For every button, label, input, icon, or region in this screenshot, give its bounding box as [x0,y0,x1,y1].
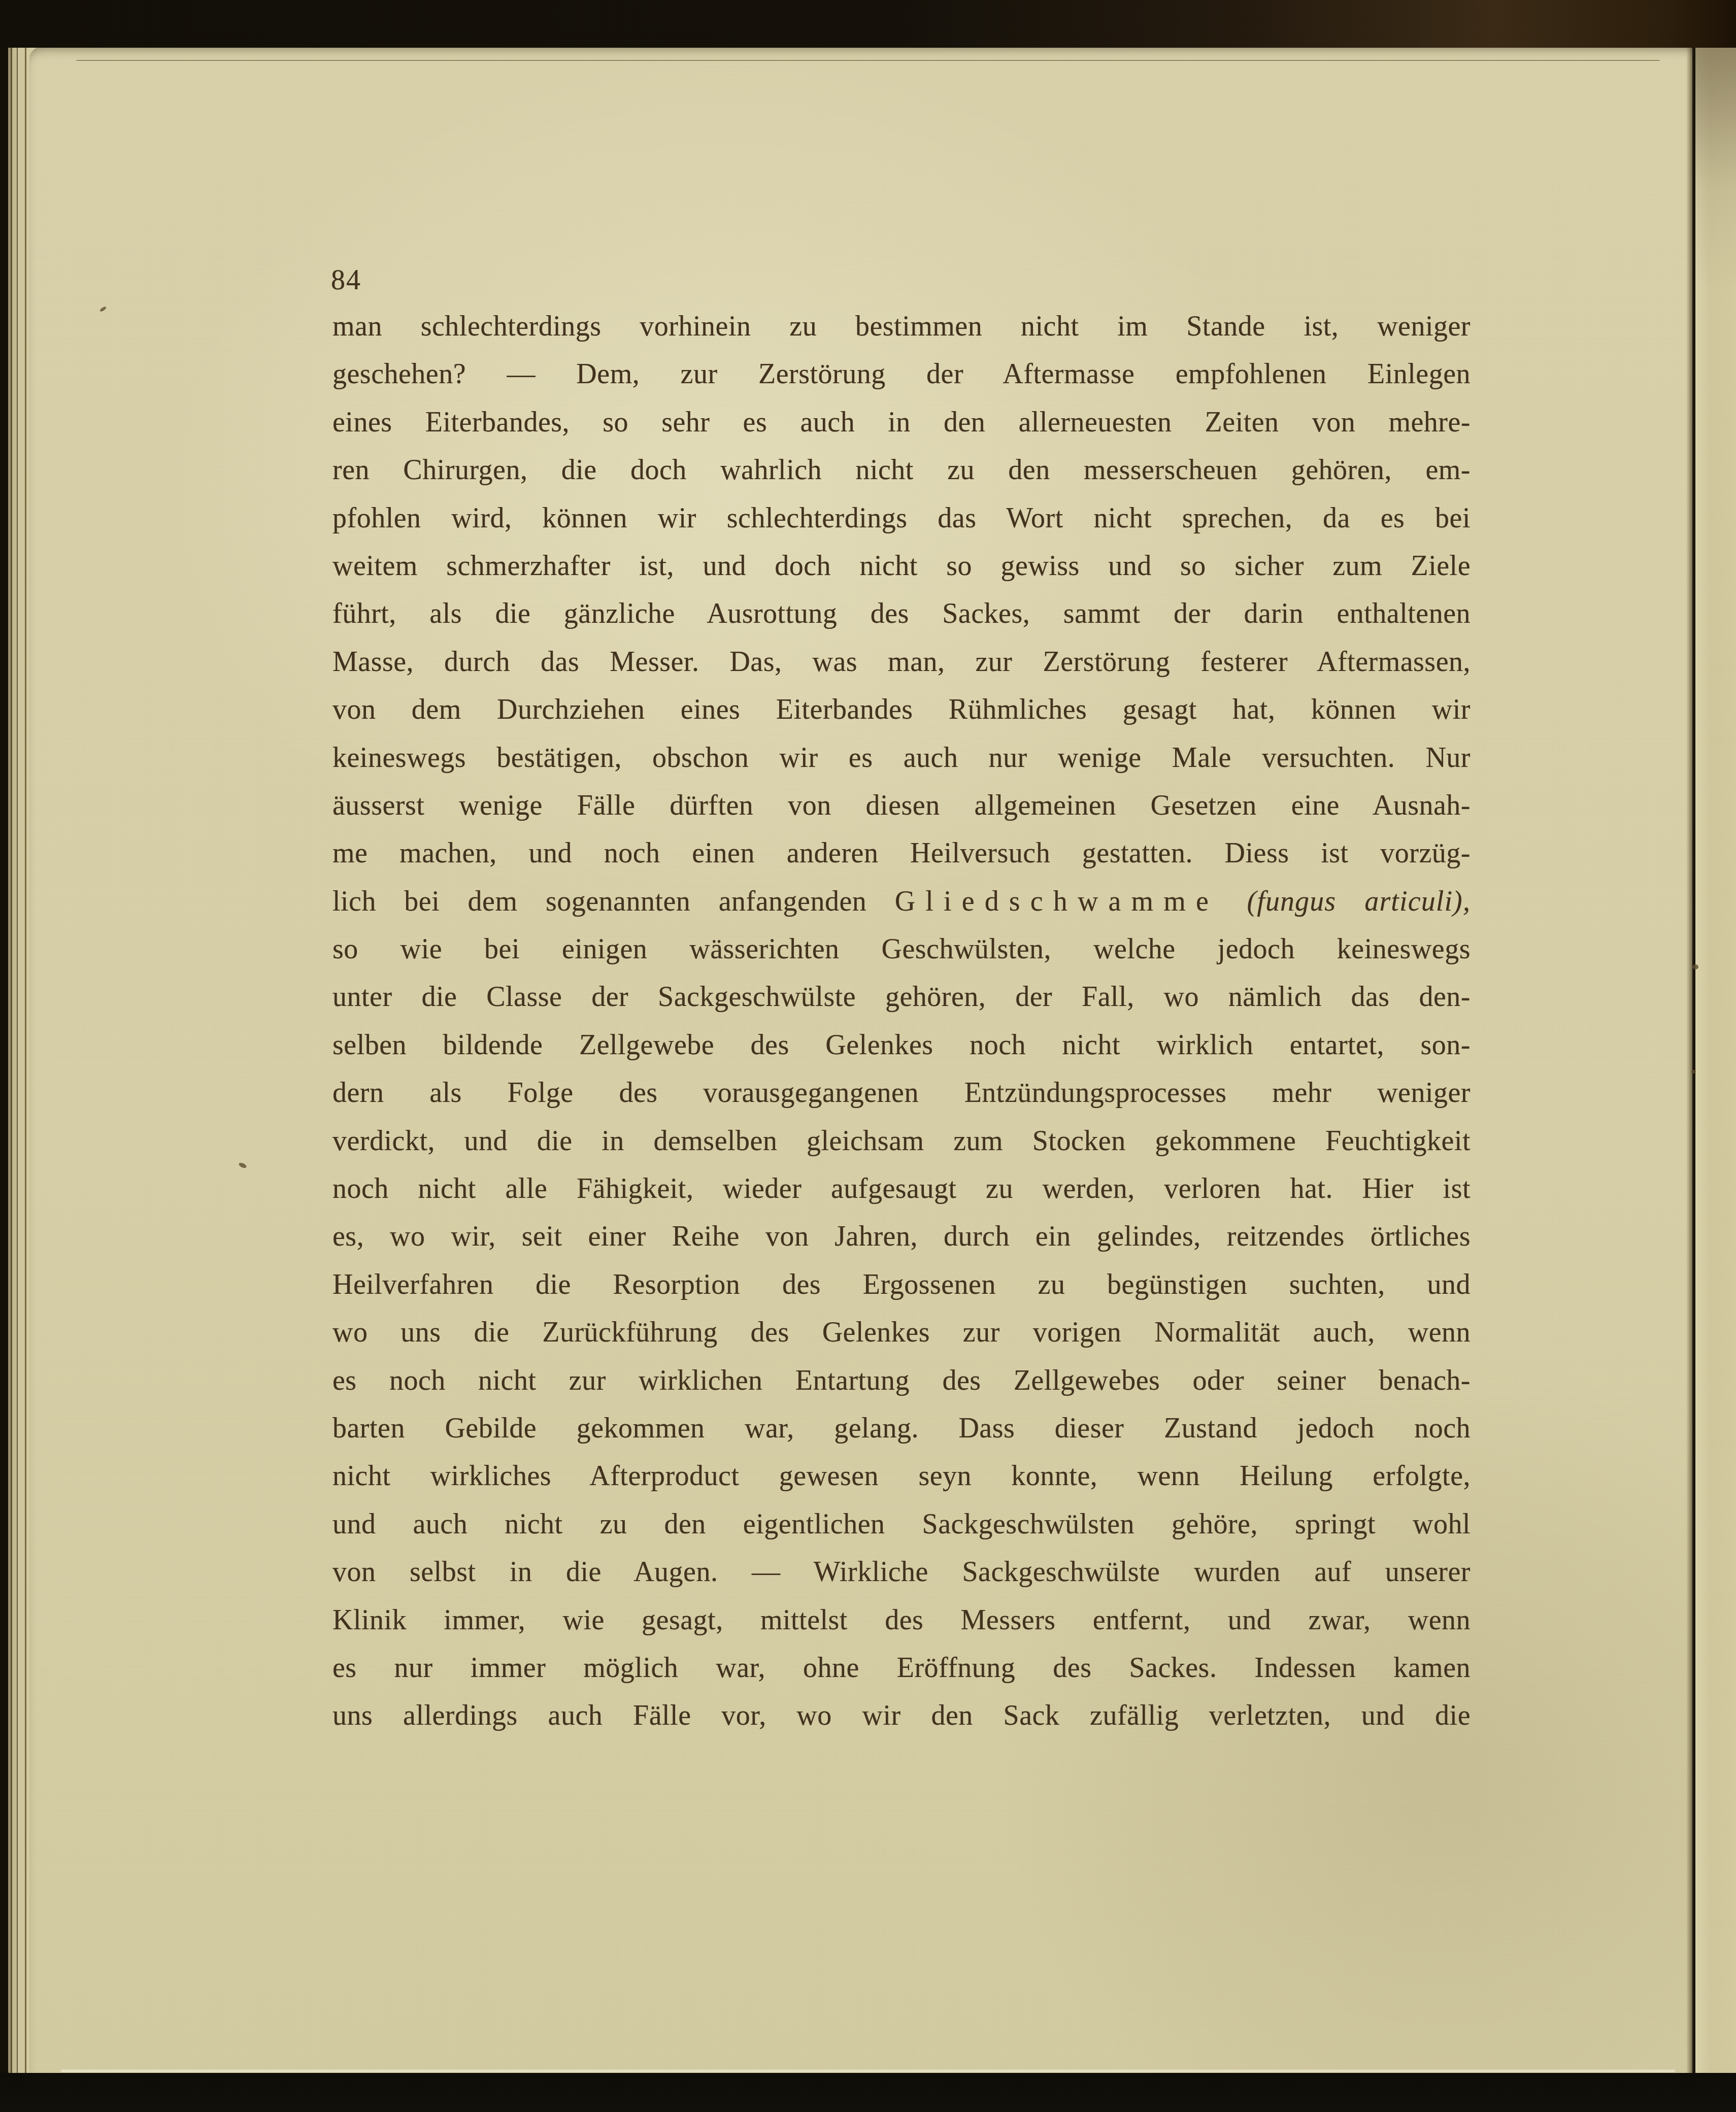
text-line: pfohlen wird, können wir schlechterdings… [332,494,1471,542]
text-segment: von selbst in die Augen. — Wirkliche Sac… [332,1556,1471,1588]
text-segment: (fungus articuli), [1247,886,1471,917]
text-segment: selben bildende Zellgewebe des Gelenkes … [332,1029,1471,1061]
text-segment: führt, als die gänzliche Ausrottung des … [332,598,1471,629]
book-cover-bottom [0,2073,1736,2112]
text-line: so wie bei einigen wässerichten Geschwül… [332,925,1471,973]
text-segment: von dem Durchziehen eines Eiterbandes Rü… [332,694,1471,725]
text-segment: pfohlen wird, können wir schlechterdings… [332,502,1471,534]
text-segment: dern als Folge des vorausgegangenen Entz… [332,1077,1471,1109]
text-segment: man schlechterdings vorhinein zu bestimm… [332,311,1471,342]
text-line: ren Chirurgen, die doch wahrlich nicht z… [332,446,1471,494]
paper-speck [1691,1070,1696,1074]
text-line: man schlechterdings vorhinein zu bestimm… [332,303,1471,350]
text-line: weitem schmerzhafter ist, und doch nicht… [332,542,1471,590]
text-line: lich bei dem sogenannten anfangenden Gli… [332,878,1471,925]
text-line: es nur immer möglich war, ohne Eröffnung… [332,1644,1471,1692]
text-segment: me machen, und noch einen anderen Heilve… [332,837,1471,869]
page-number: 84 [331,264,361,296]
text-segment: äusserst wenige Fälle dürften von diesen… [332,790,1471,821]
text-segment [1219,886,1247,917]
text-line: noch nicht alle Fähigkeit, wieder aufges… [332,1165,1471,1213]
text-line: Klinik immer, wie gesagt, mittelst des M… [332,1596,1471,1644]
text-segment: eines Eiterbandes, so sehr es auch in de… [332,407,1471,438]
page-bottom-edge [61,2070,1675,2072]
text-segment: es nur immer möglich war, ohne Eröffnung… [332,1652,1471,1684]
text-segment: ren Chirurgen, die doch wahrlich nicht z… [332,454,1471,486]
text-block: man schlechterdings vorhinein zu bestimm… [332,303,1471,1740]
text-line: me machen, und noch einen anderen Heilve… [332,829,1471,877]
text-line: dern als Folge des vorausgegangenen Entz… [332,1069,1471,1117]
text-segment: es, wo wir, seit einer Reihe von Jahren,… [332,1221,1471,1252]
text-line: uns allerdings auch Fälle vor, wo wir de… [332,1692,1471,1739]
text-line: es noch nicht zur wirklichen Entartung d… [332,1357,1471,1404]
book-cover-top [0,0,1736,48]
text-segment: nicht wirkliches Afterproduct gewesen se… [332,1460,1471,1492]
text-line: unter die Classe der Sackgeschwülste geh… [332,973,1471,1021]
text-segment: Gliedschwamme [895,886,1219,917]
text-segment: weitem schmerzhafter ist, und doch nicht… [332,550,1471,582]
text-segment: keineswegs bestätigen, obschon wir es au… [332,742,1471,774]
text-segment: noch nicht alle Fähigkeit, wieder aufges… [332,1173,1471,1204]
text-line: keineswegs bestätigen, obschon wir es au… [332,734,1471,782]
text-line: eines Eiterbandes, so sehr es auch in de… [332,398,1471,446]
text-line: selben bildende Zellgewebe des Gelenkes … [332,1021,1471,1069]
text-line: verdickt, und die in demselben gleichsam… [332,1117,1471,1165]
text-segment: verdickt, und die in demselben gleichsam… [332,1125,1471,1157]
text-segment: barten Gebilde gekommen war, gelang. Das… [332,1413,1471,1444]
page-fold [1686,44,1695,2074]
text-line: und auch nicht zu den eigentlichen Sackg… [332,1500,1471,1548]
text-line: nicht wirkliches Afterproduct gewesen se… [332,1452,1471,1500]
text-segment: und auch nicht zu den eigentlichen Sackg… [332,1508,1471,1540]
text-segment: wo uns die Zurückführung des Gelenkes zu… [332,1317,1471,1348]
text-line: von selbst in die Augen. — Wirkliche Sac… [332,1548,1471,1596]
text-segment: Klinik immer, wie gesagt, mittelst des M… [332,1604,1471,1636]
text-segment: lich bei dem sogenannten anfangenden [332,886,895,917]
text-segment: geschehen? — Dem, zur Zerstörung der Aft… [332,358,1471,390]
text-segment: so wie bei einigen wässerichten Geschwül… [332,933,1471,965]
text-line: es, wo wir, seit einer Reihe von Jahren,… [332,1213,1471,1260]
text-segment: es noch nicht zur wirklichen Entartung d… [332,1365,1471,1396]
text-line: führt, als die gänzliche Ausrottung des … [332,590,1471,638]
text-line: wo uns die Zurückführung des Gelenkes zu… [332,1309,1471,1356]
next-page-edge [1695,45,1736,2074]
text-line: von dem Durchziehen eines Eiterbandes Rü… [332,686,1471,733]
text-segment: unter die Classe der Sackgeschwülste geh… [332,981,1471,1013]
book-scan: 84 man schlechterdings vorhinein zu best… [0,0,1736,2112]
text-line: Masse, durch das Messer. Das, was man, z… [332,638,1471,686]
text-segment: uns allerdings auch Fälle vor, wo wir de… [332,1700,1471,1731]
page-top-edge-line [76,60,1660,61]
paper-speck [1692,964,1698,969]
text-segment: Masse, durch das Messer. Das, was man, z… [332,646,1471,678]
text-line: Heilverfahren die Resorption des Ergosse… [332,1261,1471,1309]
text-segment: Heilverfahren die Resorption des Ergosse… [332,1269,1471,1300]
text-line: barten Gebilde gekommen war, gelang. Das… [332,1404,1471,1452]
text-line: geschehen? — Dem, zur Zerstörung der Aft… [332,350,1471,398]
text-line: äusserst wenige Fälle dürften von diesen… [332,782,1471,829]
